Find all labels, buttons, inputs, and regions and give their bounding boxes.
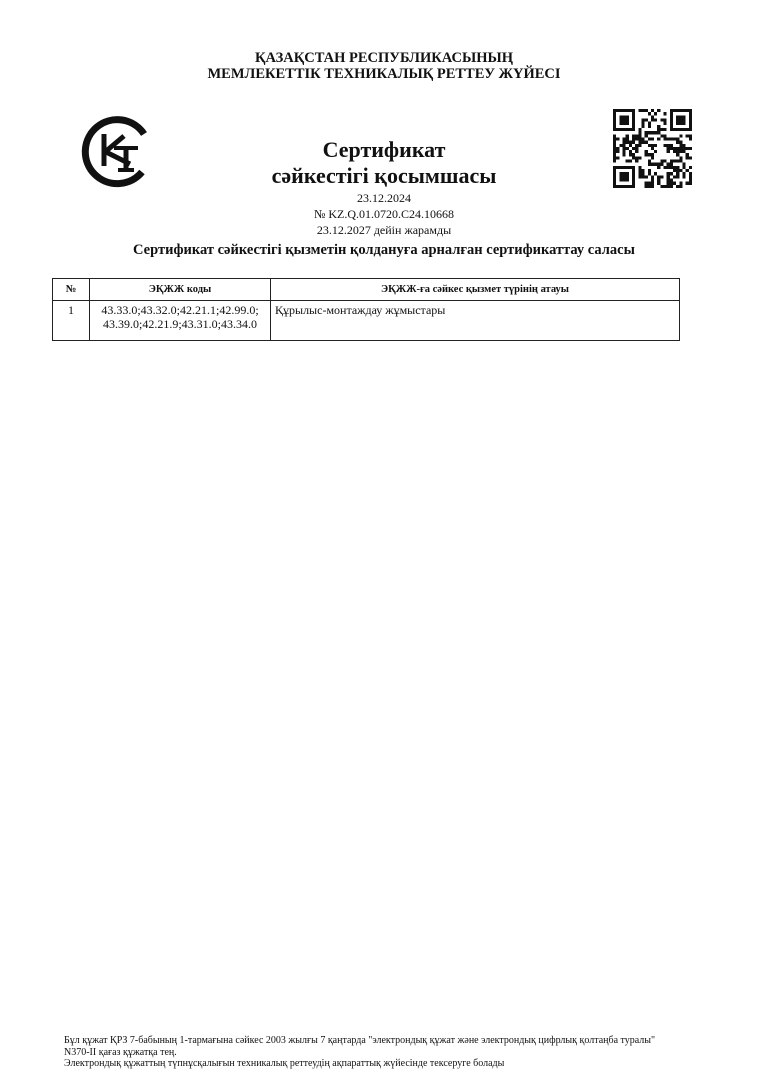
table-header-row: № ЭҚЖЖ коды ЭҚЖЖ-ға сәйкес қызмет түріні…: [53, 279, 680, 301]
row-number: 1: [53, 301, 90, 341]
row-codes: 43.33.0;43.32.0;42.21.1;42.99.0; 43.39.0…: [90, 301, 271, 341]
certification-scope-table: № ЭҚЖЖ коды ЭҚЖЖ-ға сәйкес қызмет түріні…: [52, 278, 680, 341]
footer-line-2: N370-II қағаз құжатқа тең.: [64, 1047, 724, 1059]
row-codes-line-2: 43.39.0;42.21.9;43.31.0;43.34.0: [94, 317, 266, 331]
column-header-number: №: [53, 279, 90, 301]
header-line-2: МЕМЛЕКЕТТІК ТЕХНИКАЛЫҚ РЕТТЕУ ЖҮЙЕСІ: [0, 66, 768, 82]
footer-line-1: Бұл құжат ҚРЗ 7-бабының 1-тармағына сәйк…: [64, 1035, 724, 1047]
column-header-service-name: ЭҚЖЖ-ға сәйкес қызмет түрінің атауы: [271, 279, 680, 301]
issue-date: 23.12.2024: [0, 190, 768, 206]
row-service-name: Құрылыс-монтаждау жұмыстары: [271, 301, 680, 341]
section-subtitle: Сертификат сәйкестігі қызметін қолдануға…: [0, 241, 768, 259]
table-row: 1 43.33.0;43.32.0;42.21.1;42.99.0; 43.39…: [53, 301, 680, 341]
footer-note: Бұл құжат ҚРЗ 7-бабының 1-тармағына сәйк…: [64, 1035, 724, 1070]
row-codes-line-1: 43.33.0;43.32.0;42.21.1;42.99.0;: [94, 303, 266, 317]
footer-line-3: Электрондық құжаттың түпнұсқалығын техни…: [64, 1058, 724, 1070]
header-line-1: ҚАЗАҚСТАН РЕСПУБЛИКАСЫНЫҢ: [0, 50, 768, 66]
valid-until: 23.12.2027 дейін жарамды: [0, 222, 768, 238]
document-title: Сертификат: [0, 137, 768, 163]
document-title-line-2: сәйкестігі қосымшасы: [0, 163, 768, 189]
certificate-number: № KZ.Q.01.0720.C24.10668: [0, 206, 768, 222]
column-header-code: ЭҚЖЖ коды: [90, 279, 271, 301]
